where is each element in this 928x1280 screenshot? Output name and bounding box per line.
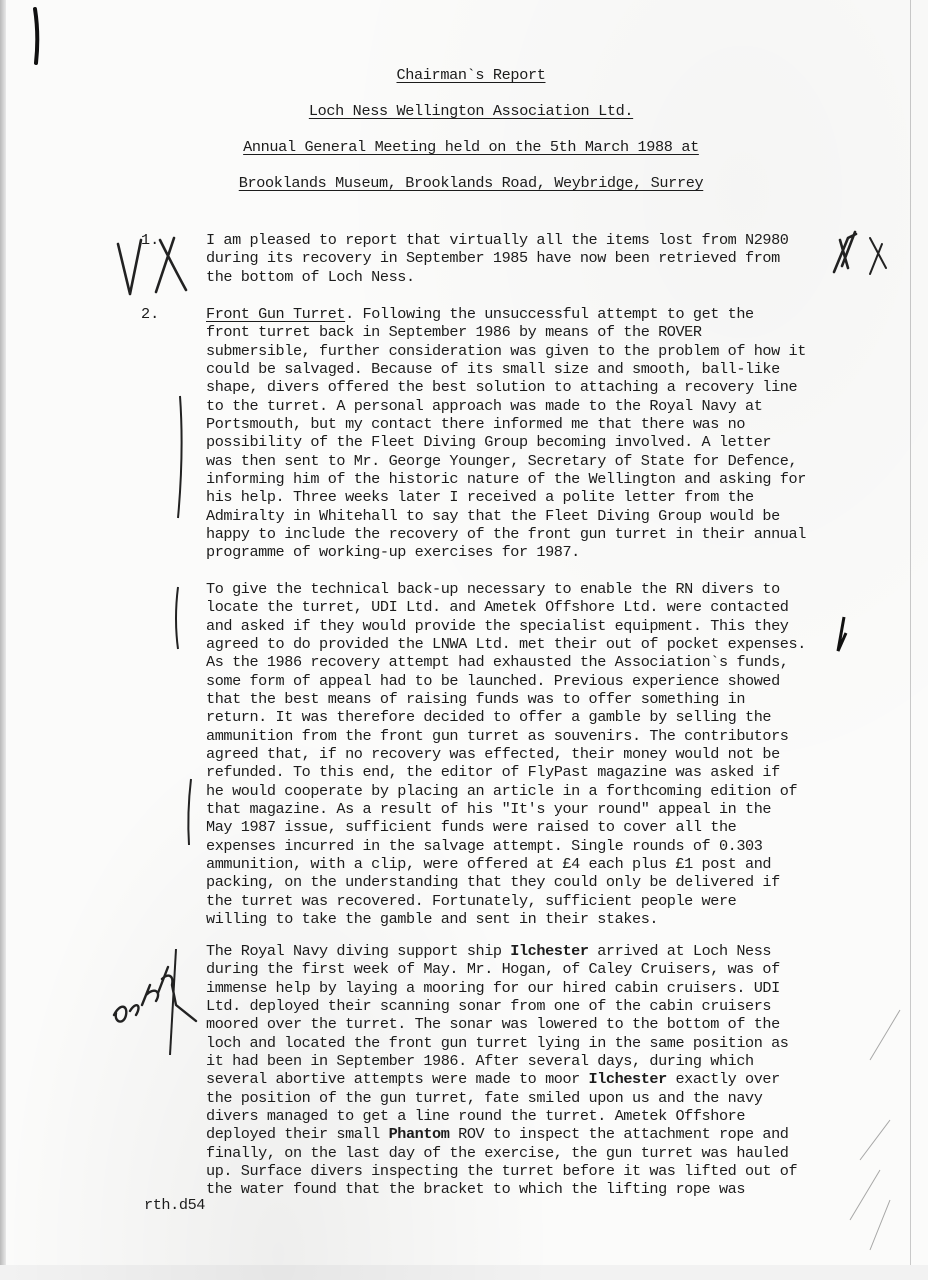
margin-bracket-paragraph-3b	[183, 775, 197, 850]
item-2-text: Front Gun Turret. Following the unsucces…	[206, 305, 846, 562]
margin-bracket-item-2	[170, 392, 190, 522]
ship-name: Ilchester	[589, 1070, 667, 1088]
paragraph-recovery: The Royal Navy diving support ship Ilche…	[206, 942, 846, 1199]
meeting-line-text: Annual General Meeting held on the 5th M…	[243, 138, 699, 156]
scan-left-edge	[0, 0, 6, 1280]
margin-bracket-paragraph-3	[168, 583, 188, 653]
report-title: Chairman`s Report	[7, 66, 928, 84]
handwritten-bracket-top-left	[30, 5, 50, 65]
item-2-title: Front Gun Turret	[206, 305, 345, 323]
footer-reference-code: rth.d54	[144, 1196, 205, 1214]
ship-name: Ilchester	[510, 942, 588, 960]
item-2-body: . Following the unsuccessful attempt to …	[206, 305, 806, 561]
paragraph-funding: To give the technical back-up necessary …	[206, 580, 846, 928]
report-title-text: Chairman`s Report	[397, 66, 546, 84]
p4-seg2: arrived at Loch Ness during the first we…	[206, 942, 789, 1088]
organization-name: Loch Ness Wellington Association Ltd.	[7, 102, 928, 120]
venue-line-text: Brooklands Museum, Brooklands Road, Weyb…	[239, 174, 704, 192]
scan-bottom-edge	[0, 1265, 928, 1280]
item-1-text: I am pleased to report that virtually al…	[206, 231, 846, 286]
p4-seg1: The Royal Navy diving support ship	[206, 942, 510, 960]
organization-name-text: Loch Ness Wellington Association Ltd.	[309, 102, 633, 120]
rov-name: Phantom	[389, 1125, 450, 1143]
meeting-line: Annual General Meeting held on the 5th M…	[7, 138, 928, 156]
item-number-2: 2.	[141, 305, 159, 323]
handwritten-note-depth	[106, 945, 206, 1065]
venue-line: Brooklands Museum, Brooklands Road, Weyb…	[7, 174, 928, 192]
item-number-1: 1.	[141, 231, 159, 249]
